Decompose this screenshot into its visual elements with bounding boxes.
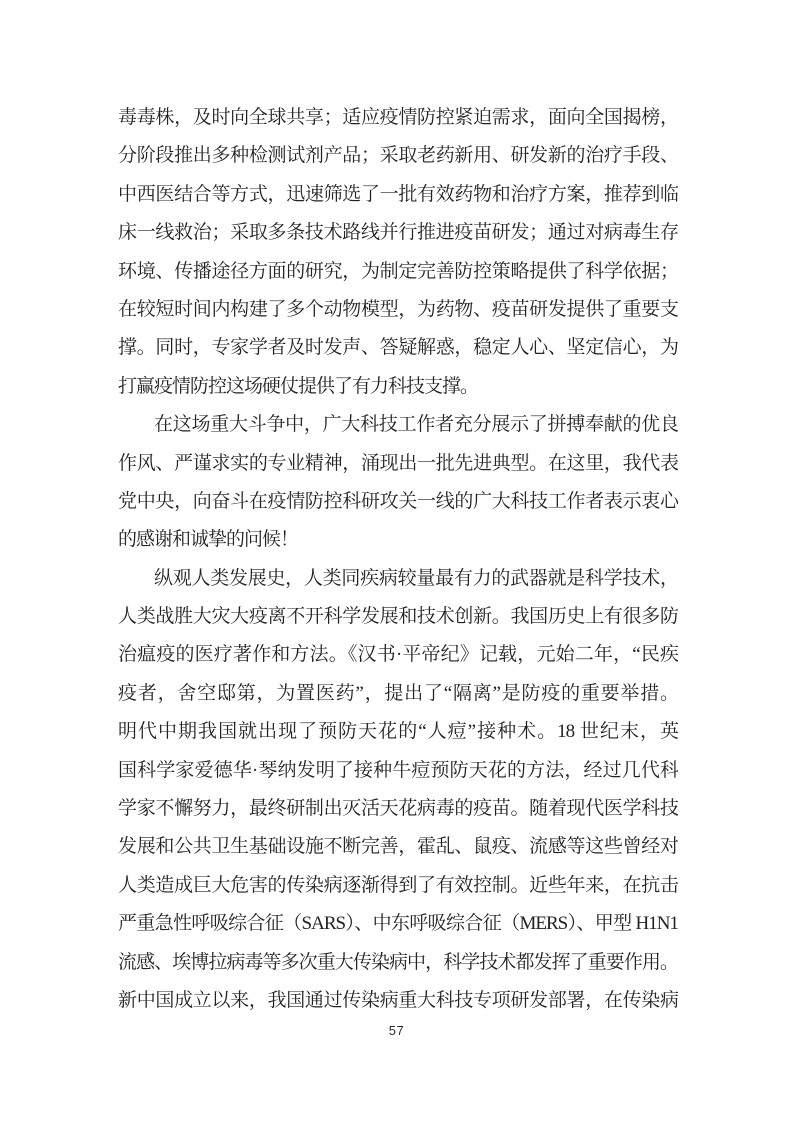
text-line: 人类战胜大灾大疫离不开科学发展和技术创新。我国历史上有很多防 [118, 598, 678, 636]
text-line: 发展和公共卫生基础设施不断完善，霍乱、鼠疫、流感等这些曾经对 [118, 828, 678, 866]
page-number: 57 [0, 1023, 793, 1038]
text-line: 疫者，舍空邸第，为置医药”，提出了“隔离”是防疫的重要举措。 [118, 675, 678, 713]
text-line: 党中央，向奋斗在疫情防控科研攻关一线的广大科技工作者表示衷心 [118, 483, 678, 521]
text-line: 打赢疫情防控这场硬仗提供了有力科技支撑。 [118, 368, 678, 406]
text-line: 治瘟疫的医疗著作和方法。《汉书·平帝纪》记载，元始二年，“民疾 [118, 636, 678, 674]
document-page: 毒毒株，及时向全球共享；适应疫情防控紧迫需求，面向全国揭榜，分阶段推出多种检测试… [0, 0, 793, 1122]
text-line: 的感谢和诚挚的问候！ [118, 521, 678, 559]
text-line: 撑。同时，专家学者及时发声、答疑解惑，稳定人心、坚定信心，为 [118, 329, 678, 367]
text-line: 分阶段推出多种检测试剂产品；采取老药新用、研发新的治疗手段、 [118, 137, 678, 175]
text-line: 流感、埃博拉病毒等多次重大传染病中，科学技术都发挥了重要作用。 [118, 944, 678, 982]
body-text: 毒毒株，及时向全球共享；适应疫情防控紧迫需求，面向全国揭榜，分阶段推出多种检测试… [118, 99, 678, 1020]
text-line: 中西医结合等方式，迅速筛选了一批有效药物和治疗方案，推荐到临 [118, 176, 678, 214]
text-line: 国科学家爱德华·琴纳发明了接种牛痘预防天花的方法，经过几代科 [118, 752, 678, 790]
text-line: 严重急性呼吸综合征（SARS）、中东呼吸综合征（MERS）、甲型 H1N1 [118, 905, 678, 943]
text-line: 作风、严谨求实的专业精神，涌现出一批先进典型。在这里，我代表 [118, 445, 678, 483]
text-line: 明代中期我国就出现了预防天花的“人痘”接种术。18 世纪末，英 [118, 713, 678, 751]
text-line: 学家不懈努力，最终研制出灭活天花病毒的疫苗。随着现代医学科技 [118, 790, 678, 828]
text-line: 在较短时间内构建了多个动物模型，为药物、疫苗研发提供了重要支 [118, 291, 678, 329]
text-line: 毒毒株，及时向全球共享；适应疫情防控紧迫需求，面向全国揭榜， [118, 99, 678, 137]
text-line: 床一线救治；采取多条技术路线并行推进疫苗研发；通过对病毒生存 [118, 214, 678, 252]
text-line: 纵观人类发展史，人类同疾病较量最有力的武器就是科学技术， [118, 560, 678, 598]
text-line: 环境、传播途径方面的研究，为制定完善防控策略提供了科学依据； [118, 253, 678, 291]
text-line: 在这场重大斗争中，广大科技工作者充分展示了拼搏奉献的优良 [118, 406, 678, 444]
text-line: 人类造成巨大危害的传染病逐渐得到了有效控制。近些年来，在抗击 [118, 867, 678, 905]
text-line: 新中国成立以来，我国通过传染病重大科技专项研发部署，在传染病 [118, 982, 678, 1020]
